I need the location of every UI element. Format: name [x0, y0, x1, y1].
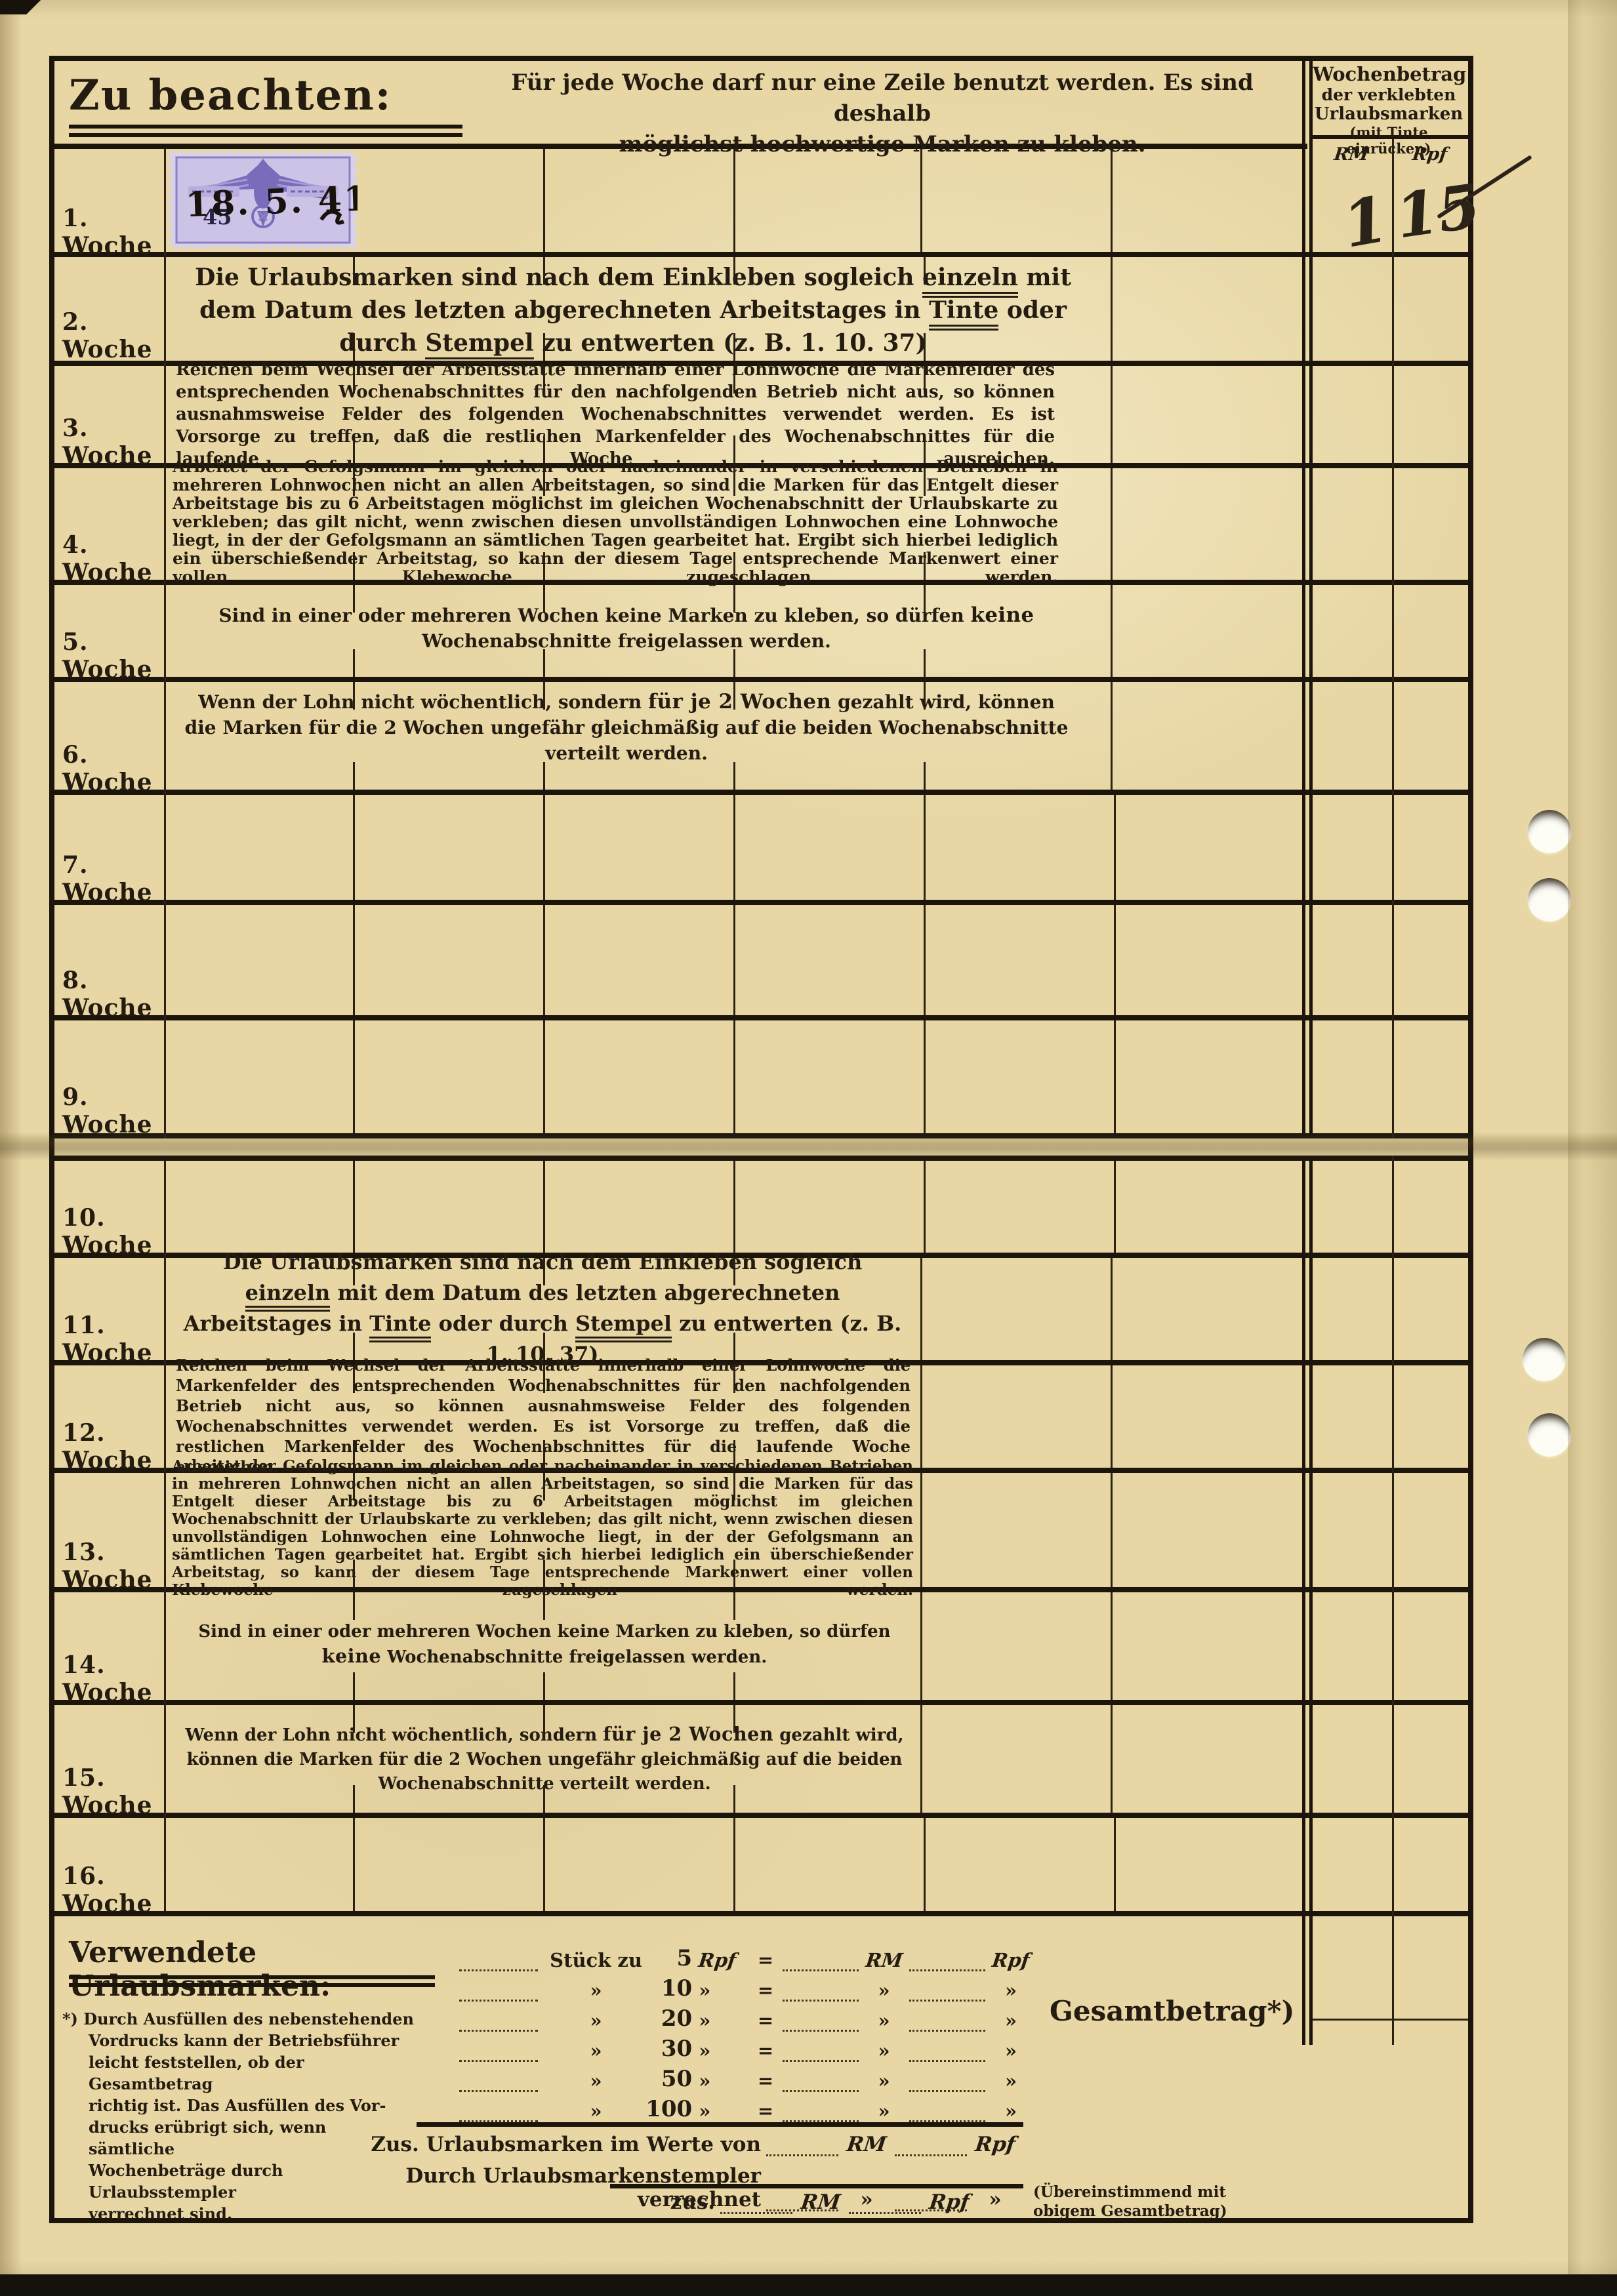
grid-line: [1309, 1156, 1313, 2045]
stamp-date-overprint: 18. 5. 41: [185, 178, 358, 225]
note-entwerten: Die Urlaubsmarken sind nach dem Einklebe…: [178, 1247, 907, 1370]
amount-col-title: Urlaubsmarken: [1313, 104, 1465, 124]
note-keine-wochen: Sind in einer oder mehreren Wochen keine…: [177, 1620, 912, 1670]
note-gefolgsmann: Arbeitet der Gefolgsmann im gleichen ode…: [172, 1457, 913, 1599]
vacation-stamp-graphic: 45 18. 5. 41: [169, 151, 358, 249]
urlaubskarte-scan-page: Zu beachten: Für jede Woche darf nur ein…: [0, 0, 1617, 2296]
notice-heading: Zu beachten:: [69, 71, 462, 120]
vacation-stamp: 45 18. 5. 41: [169, 151, 358, 249]
total-note: (Übereinstimmend mit obigem Gesamtbetrag…: [1033, 2183, 1256, 2221]
week-label-8: 8. Woche: [62, 967, 173, 1001]
grid-line: [920, 1258, 922, 1360]
stamp-field-columns: [353, 1818, 1117, 1911]
week-label-3: 3. Woche: [62, 414, 173, 449]
punch-hole: [1528, 878, 1571, 921]
header-instruction-line2: möglichst hochwertige Marken zu kleben.: [479, 129, 1286, 160]
stamp-field-columns: [353, 1020, 1117, 1133]
grid-line: [1111, 366, 1113, 463]
note-keine-wochen: Sind in einer oder mehreren Wochen keine…: [180, 603, 1073, 654]
count-row-30: »30»=»»: [459, 2033, 1036, 2062]
note-zwei-wochen: Wenn der Lohn nicht wöchentlich, sondern…: [177, 1722, 912, 1796]
count-row-5: Stück zu5Rpf=RMRpf: [459, 1943, 1036, 1971]
stamp-field-columns: [353, 795, 1117, 900]
header-instruction-line1: Für jede Woche darf nur eine Zeile benut…: [479, 68, 1286, 129]
week-label-9: 9. Woche: [62, 1083, 173, 1118]
grid-line: [49, 252, 1473, 257]
count-row-100: »100»=»»: [459, 2093, 1036, 2122]
week-label-15: 15. Woche: [62, 1764, 173, 1798]
grid-line: [1392, 1156, 1394, 2045]
amount-col-title: Wochenbetrag: [1313, 63, 1465, 85]
grid-line: [543, 149, 545, 252]
handwritten-rm-value: 1: [1338, 182, 1393, 262]
note-gefolgsmann: Arbeitet der Gefolgsmann im gleichen ode…: [173, 458, 1058, 586]
fold-crease: [0, 1132, 1617, 1161]
week-label-16: 16. Woche: [62, 1863, 173, 1897]
week-label-13: 13. Woche: [62, 1539, 173, 1573]
grid-line: [1111, 1473, 1113, 1587]
grid-line: [49, 790, 1473, 795]
grid-line: [920, 1365, 922, 1468]
grid-line: [1111, 149, 1113, 252]
column-ticks: [353, 762, 927, 790]
grid-line: [920, 1592, 922, 1700]
week-label-4: 4. Woche: [62, 531, 173, 565]
grid-line: [920, 149, 922, 252]
week-label-5: 5. Woche: [62, 628, 173, 662]
grid-line: [1111, 1592, 1113, 1700]
gesamtbetrag-label: Gesamtbetrag*): [1050, 1995, 1276, 2027]
stamp-field-columns: [353, 1161, 1117, 1253]
used-stamps-heading: Verwendete Urlaubsmarken:: [69, 1936, 462, 2003]
punch-hole: [1523, 1338, 1566, 1381]
scan-edge-strip: [0, 2274, 1617, 2296]
tally-rule: [417, 2122, 1023, 2127]
tally-rule: [610, 2184, 1023, 2188]
week-label-14: 14. Woche: [62, 1651, 173, 1685]
grid-line: [164, 1161, 166, 1911]
grid-line: [49, 900, 1473, 905]
total-line-1: Zus. Urlaubsmarken im Werte von RM Rpf: [367, 2133, 1023, 2156]
scan-corner: [0, 0, 59, 14]
grid-line: [49, 1015, 1473, 1020]
total-line-3: zus. RM Rpf: [656, 2190, 1023, 2214]
count-row-50: »50»=»»: [459, 2063, 1036, 2092]
week-label-7: 7. Woche: [62, 851, 173, 885]
amount-col-title: der verklebten: [1313, 85, 1465, 104]
week-label-11: 11. Woche: [62, 1312, 173, 1346]
week-label-1: 1. Woche: [62, 205, 173, 239]
week-label-10: 10. Woche: [62, 1204, 173, 1238]
grid-line: [1111, 1365, 1113, 1468]
grid-line: [49, 56, 1473, 61]
heading-underline: [69, 1975, 435, 1979]
grid-line: [1111, 682, 1113, 790]
grid-line: [49, 677, 1473, 682]
note-wechsel: Reichen beim Wechsel der Arbeitsstätte i…: [176, 359, 1055, 470]
grid-line: [1309, 56, 1313, 1138]
punch-hole: [1528, 1413, 1571, 1457]
rm-column-label: RM: [1317, 144, 1385, 165]
week-label-2: 2. Woche: [62, 308, 173, 342]
grid-line: [1111, 585, 1113, 677]
grid-line: [1111, 1258, 1113, 1360]
grid-line: [49, 1700, 1473, 1705]
grid-line: [1302, 1156, 1305, 2045]
heading-underline: [69, 125, 462, 129]
footnote-text: *) Durch Ausfüllen des nebenstehenden Vo…: [62, 2008, 417, 2225]
grid-line: [49, 1911, 1473, 1916]
stamp-field-columns: [353, 905, 1117, 1015]
gesamtbetrag-cell: [1313, 1916, 1468, 2045]
note-zwei-wochen: Wenn der Lohn nicht wöchentlich, sondern…: [180, 689, 1073, 766]
heading-underline: [69, 133, 462, 137]
grid-line: [1111, 257, 1113, 361]
grid-line: [733, 149, 735, 252]
grid-line: [920, 1705, 922, 1813]
handwritten-rpf-value: 15: [1391, 171, 1484, 252]
week-label-6: 6. Woche: [62, 741, 173, 775]
count-row-20: »20»=»»: [459, 2003, 1036, 2032]
page-edge-shading: [1568, 0, 1594, 2296]
grid-line: [49, 1813, 1473, 1818]
week-label-12: 12. Woche: [62, 1419, 173, 1453]
heading-underline: [69, 1983, 435, 1987]
rpf-column-label: Rpf: [1397, 144, 1462, 165]
note-entwerten: Die Urlaubsmarken sind nach dem Einklebe…: [184, 261, 1082, 359]
grid-line: [920, 1473, 922, 1587]
grid-line: [1302, 56, 1305, 1138]
grid-line: [1111, 468, 1113, 580]
count-row-10: »10»=»»: [459, 1973, 1036, 2002]
punch-hole: [1528, 810, 1571, 853]
grid-line: [1392, 139, 1394, 1138]
grid-line: [1111, 1705, 1113, 1813]
